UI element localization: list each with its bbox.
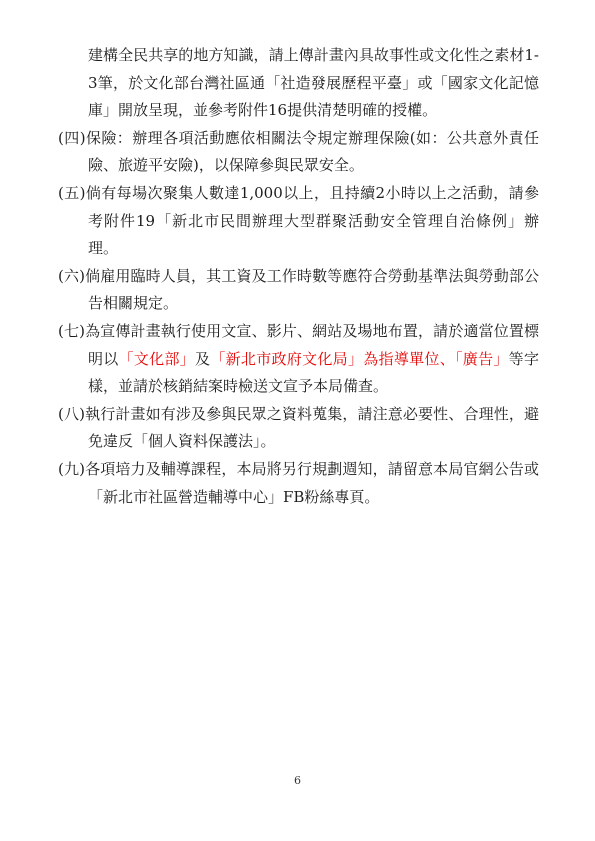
item-marker: (六) [58,267,85,285]
item-marker: (七) [58,322,85,340]
list-item: (五)倘有每場次聚集人數達1,000以上，且持續2小時以上之活動，請參考附件19… [58,180,539,263]
item-marker: (五) [58,184,86,202]
item-marker: (四) [58,129,86,147]
page-number: 6 [0,774,595,787]
list-item: (七)為宣傳計畫執行使用文宣、影片、網站及場地布置，請於適當位置標明以「文化部」… [58,318,539,401]
item-marker: (九) [58,460,85,478]
list-item: (八)執行計畫如有涉及參與民眾之資料蒐集，請注意必要性、合理性，避免違反「個人資… [58,401,539,456]
item-text: 執行計畫如有涉及參與民眾之資料蒐集，請注意必要性、合理性，避免違反「個人資料保護… [85,405,539,451]
item-text: 各項培力及輔導課程，本局將另行規劃週知，請留意本局官網公告或「新北市社區營造輔導… [85,460,539,506]
numbered-list: (四)保險：辦理各項活動應依相關法令規定辦理保險(如：公共意外責任險、旅遊平安險… [58,125,539,511]
item-text: 倘有每場次聚集人數達1,000以上，且持續2小時以上之活動，請參考附件19「新北… [86,184,540,257]
item-text: 及 [195,350,210,368]
item-marker: (八) [58,405,85,423]
paragraph-continuation: 建構全民共享的地方知識，請上傳計畫內具故事性或文化性之素材1-3筆，於文化部台灣… [88,42,539,125]
red-emphasis-text: 「新北市政府文化局」為指導單位、「廣告」 [210,350,508,368]
list-item: (六)倘雇用臨時人員，其工資及工作時數等應符合勞動基準法與勞動部公告相關規定。 [58,263,539,318]
list-item: (九)各項培力及輔導課程，本局將另行規劃週知，請留意本局官網公告或「新北市社區營… [58,456,539,511]
item-text: 保險：辦理各項活動應依相關法令規定辦理保險(如：公共意外責任險、旅遊平安險)，以… [86,129,539,175]
list-item: (四)保險：辦理各項活動應依相關法令規定辦理保險(如：公共意外責任險、旅遊平安險… [58,125,539,180]
red-emphasis-text: 「文化部」 [119,350,195,368]
document-body: 建構全民共享的地方知識，請上傳計畫內具故事性或文化性之素材1-3筆，於文化部台灣… [58,42,539,511]
item-text: 倘雇用臨時人員，其工資及工作時數等應符合勞動基準法與勞動部公告相關規定。 [85,267,539,313]
document-page: 建構全民共享的地方知識，請上傳計畫內具故事性或文化性之素材1-3筆，於文化部台灣… [0,0,595,841]
